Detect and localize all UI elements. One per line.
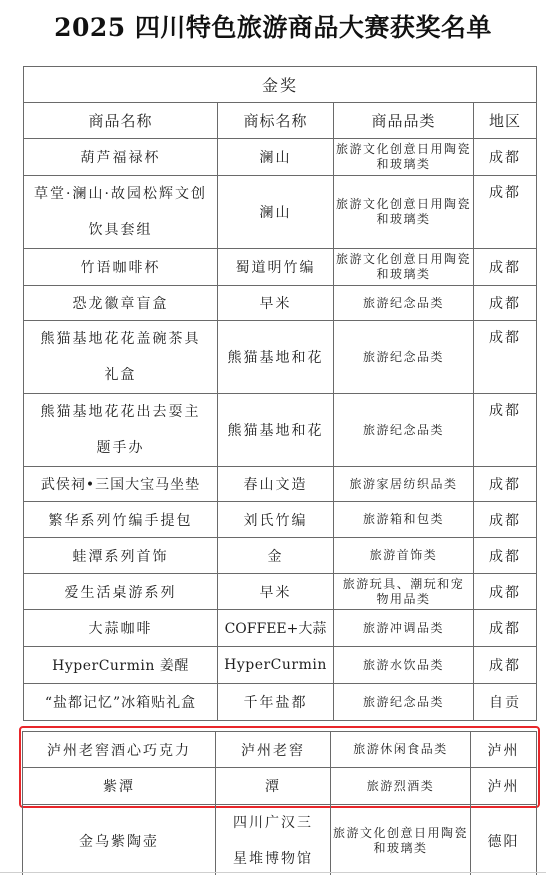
brand-name: 千年盐都 bbox=[218, 684, 334, 721]
product-category: 旅游水饮品类 bbox=[334, 647, 474, 684]
gold-award-table: 金奖 商品名称 商标名称 商品品类 地区 葫芦福禄杯 澜山 旅游文化创意日用陶瓷… bbox=[23, 66, 537, 721]
region: 自贡 bbox=[474, 684, 537, 721]
product-name: 恐龙徽章盲盒 bbox=[24, 286, 218, 321]
table-row: 大蒜咖啡 COFFEE+大蒜 旅游冲调品类 成都 bbox=[24, 610, 537, 647]
region: 成都 bbox=[474, 176, 537, 249]
brand-name: 金 bbox=[218, 538, 334, 574]
product-category: 旅游家居纺织品类 bbox=[334, 467, 474, 502]
region: 成都 bbox=[474, 321, 537, 394]
continued-table: 金乌紫陶壶 四川广汉三星堆博物馆 旅游文化创意日用陶瓷和玻璃类 德阳 bbox=[22, 804, 537, 875]
product-name: 熊猫基地花花出去耍主题手办 bbox=[24, 394, 218, 467]
region: 成都 bbox=[474, 502, 537, 538]
highlighted-table-row: 紫潭 潭 旅游烈酒类 泸州 bbox=[23, 768, 537, 805]
region: 泸州 bbox=[471, 768, 537, 805]
document-title: 2025 四川特色旅游商品大赛获奖名单 bbox=[0, 8, 546, 44]
product-category: 旅游文化创意日用陶瓷和玻璃类 bbox=[331, 805, 471, 875]
product-category: 旅游玩具、潮玩和宠物用品类 bbox=[334, 574, 474, 610]
table-row: 葫芦福禄杯 澜山 旅游文化创意日用陶瓷和玻璃类 成都 bbox=[24, 139, 537, 176]
product-category: 旅游箱和包类 bbox=[334, 502, 474, 538]
column-header-brand: 商标名称 bbox=[218, 103, 334, 139]
column-header-product: 商品名称 bbox=[24, 103, 218, 139]
product-category: 旅游纪念品类 bbox=[334, 394, 474, 467]
table-row: HyperCurmin 姜醒 HyperCurmin 旅游水饮品类 成都 bbox=[24, 647, 537, 684]
product-category: 旅游冲调品类 bbox=[334, 610, 474, 647]
product-name: 草堂·澜山·故园松辉文创饮具套组 bbox=[24, 176, 218, 249]
region: 成都 bbox=[474, 139, 537, 176]
column-header-region: 地区 bbox=[474, 103, 537, 139]
product-name: 武侯祠•三国大宝马坐垫 bbox=[24, 467, 218, 502]
product-name: 爱生活桌游系列 bbox=[24, 574, 218, 610]
table-row: 熊猫基地花花出去耍主题手办 熊猫基地和花 旅游纪念品类 成都 bbox=[24, 394, 537, 467]
table-row: 武侯祠•三国大宝马坐垫 春山文造 旅游家居纺织品类 成都 bbox=[24, 467, 537, 502]
brand-name: 四川广汉三星堆博物馆 bbox=[216, 805, 331, 875]
brand-name: 熊猫基地和花 bbox=[218, 394, 334, 467]
product-name: “盐都记忆”冰箱贴礼盒 bbox=[24, 684, 218, 721]
brand-name: HyperCurmin bbox=[218, 647, 334, 684]
product-category: 旅游文化创意日用陶瓷和玻璃类 bbox=[334, 139, 474, 176]
region: 德阳 bbox=[471, 805, 537, 875]
product-name: 紫潭 bbox=[23, 768, 216, 805]
table-row: 金乌紫陶壶 四川广汉三星堆博物馆 旅游文化创意日用陶瓷和玻璃类 德阳 bbox=[23, 805, 537, 875]
product-name: 葫芦福禄杯 bbox=[24, 139, 218, 176]
region: 成都 bbox=[474, 467, 537, 502]
product-name: 泸州老窖酒心巧克力 bbox=[23, 732, 216, 768]
brand-name: 早米 bbox=[218, 286, 334, 321]
table-row: 恐龙徽章盲盒 早米 旅游纪念品类 成都 bbox=[24, 286, 537, 321]
table-row: 熊猫基地花花盖碗茶具礼盒 熊猫基地和花 旅游纪念品类 成都 bbox=[24, 321, 537, 394]
brand-name: 澜山 bbox=[218, 139, 334, 176]
product-name: 熊猫基地花花盖碗茶具礼盒 bbox=[24, 321, 218, 394]
table-row: “盐都记忆”冰箱贴礼盒 千年盐都 旅游纪念品类 自贡 bbox=[24, 684, 537, 721]
product-category: 旅游文化创意日用陶瓷和玻璃类 bbox=[334, 249, 474, 286]
product-name: 大蒜咖啡 bbox=[24, 610, 218, 647]
product-name: 竹语咖啡杯 bbox=[24, 249, 218, 286]
table-row: 繁华系列竹编手提包 刘氏竹编 旅游箱和包类 成都 bbox=[24, 502, 537, 538]
table-row: 草堂·澜山·故园松辉文创饮具套组 澜山 旅游文化创意日用陶瓷和玻璃类 成都 bbox=[24, 176, 537, 249]
highlighted-table-row: 泸州老窖酒心巧克力 泸州老窖 旅游休闲食品类 泸州 bbox=[23, 732, 537, 768]
column-header-category: 商品品类 bbox=[334, 103, 474, 139]
region: 成都 bbox=[474, 286, 537, 321]
product-name: 蛙潭系列首饰 bbox=[24, 538, 218, 574]
brand-name: 熊猫基地和花 bbox=[218, 321, 334, 394]
product-name: 金乌紫陶壶 bbox=[23, 805, 216, 875]
region: 成都 bbox=[474, 394, 537, 467]
table-row: 爱生活桌游系列 早米 旅游玩具、潮玩和宠物用品类 成都 bbox=[24, 574, 537, 610]
table-row: 竹语咖啡杯 蜀道明竹编 旅游文化创意日用陶瓷和玻璃类 成都 bbox=[24, 249, 537, 286]
region: 成都 bbox=[474, 647, 537, 684]
product-category: 旅游首饰类 bbox=[334, 538, 474, 574]
product-category: 旅游纪念品类 bbox=[334, 321, 474, 394]
product-category: 旅游文化创意日用陶瓷和玻璃类 bbox=[334, 176, 474, 249]
region: 泸州 bbox=[471, 732, 537, 768]
region: 成都 bbox=[474, 538, 537, 574]
brand-name: 泸州老窖 bbox=[216, 732, 331, 768]
region: 成都 bbox=[474, 249, 537, 286]
region: 成都 bbox=[474, 574, 537, 610]
product-category: 旅游休闲食品类 bbox=[331, 732, 471, 768]
product-category: 旅游纪念品类 bbox=[334, 684, 474, 721]
table-row: 蛙潭系列首饰 金 旅游首饰类 成都 bbox=[24, 538, 537, 574]
product-category: 旅游纪念品类 bbox=[334, 286, 474, 321]
brand-name: 刘氏竹编 bbox=[218, 502, 334, 538]
product-name: 繁华系列竹编手提包 bbox=[24, 502, 218, 538]
highlighted-rows-table: 泸州老窖酒心巧克力 泸州老窖 旅游休闲食品类 泸州 紫潭 潭 旅游烈酒类 泸州 bbox=[22, 731, 537, 805]
award-level-header: 金奖 bbox=[24, 67, 537, 103]
brand-name: 蜀道明竹编 bbox=[218, 249, 334, 286]
product-category: 旅游烈酒类 bbox=[331, 768, 471, 805]
region: 成都 bbox=[474, 610, 537, 647]
brand-name: 潭 bbox=[216, 768, 331, 805]
brand-name: COFFEE+大蒜 bbox=[218, 610, 334, 647]
product-name: HyperCurmin 姜醒 bbox=[24, 647, 218, 684]
brand-name: 早米 bbox=[218, 574, 334, 610]
brand-name: 春山文造 bbox=[218, 467, 334, 502]
brand-name: 澜山 bbox=[218, 176, 334, 249]
page-edge-divider bbox=[0, 872, 546, 873]
